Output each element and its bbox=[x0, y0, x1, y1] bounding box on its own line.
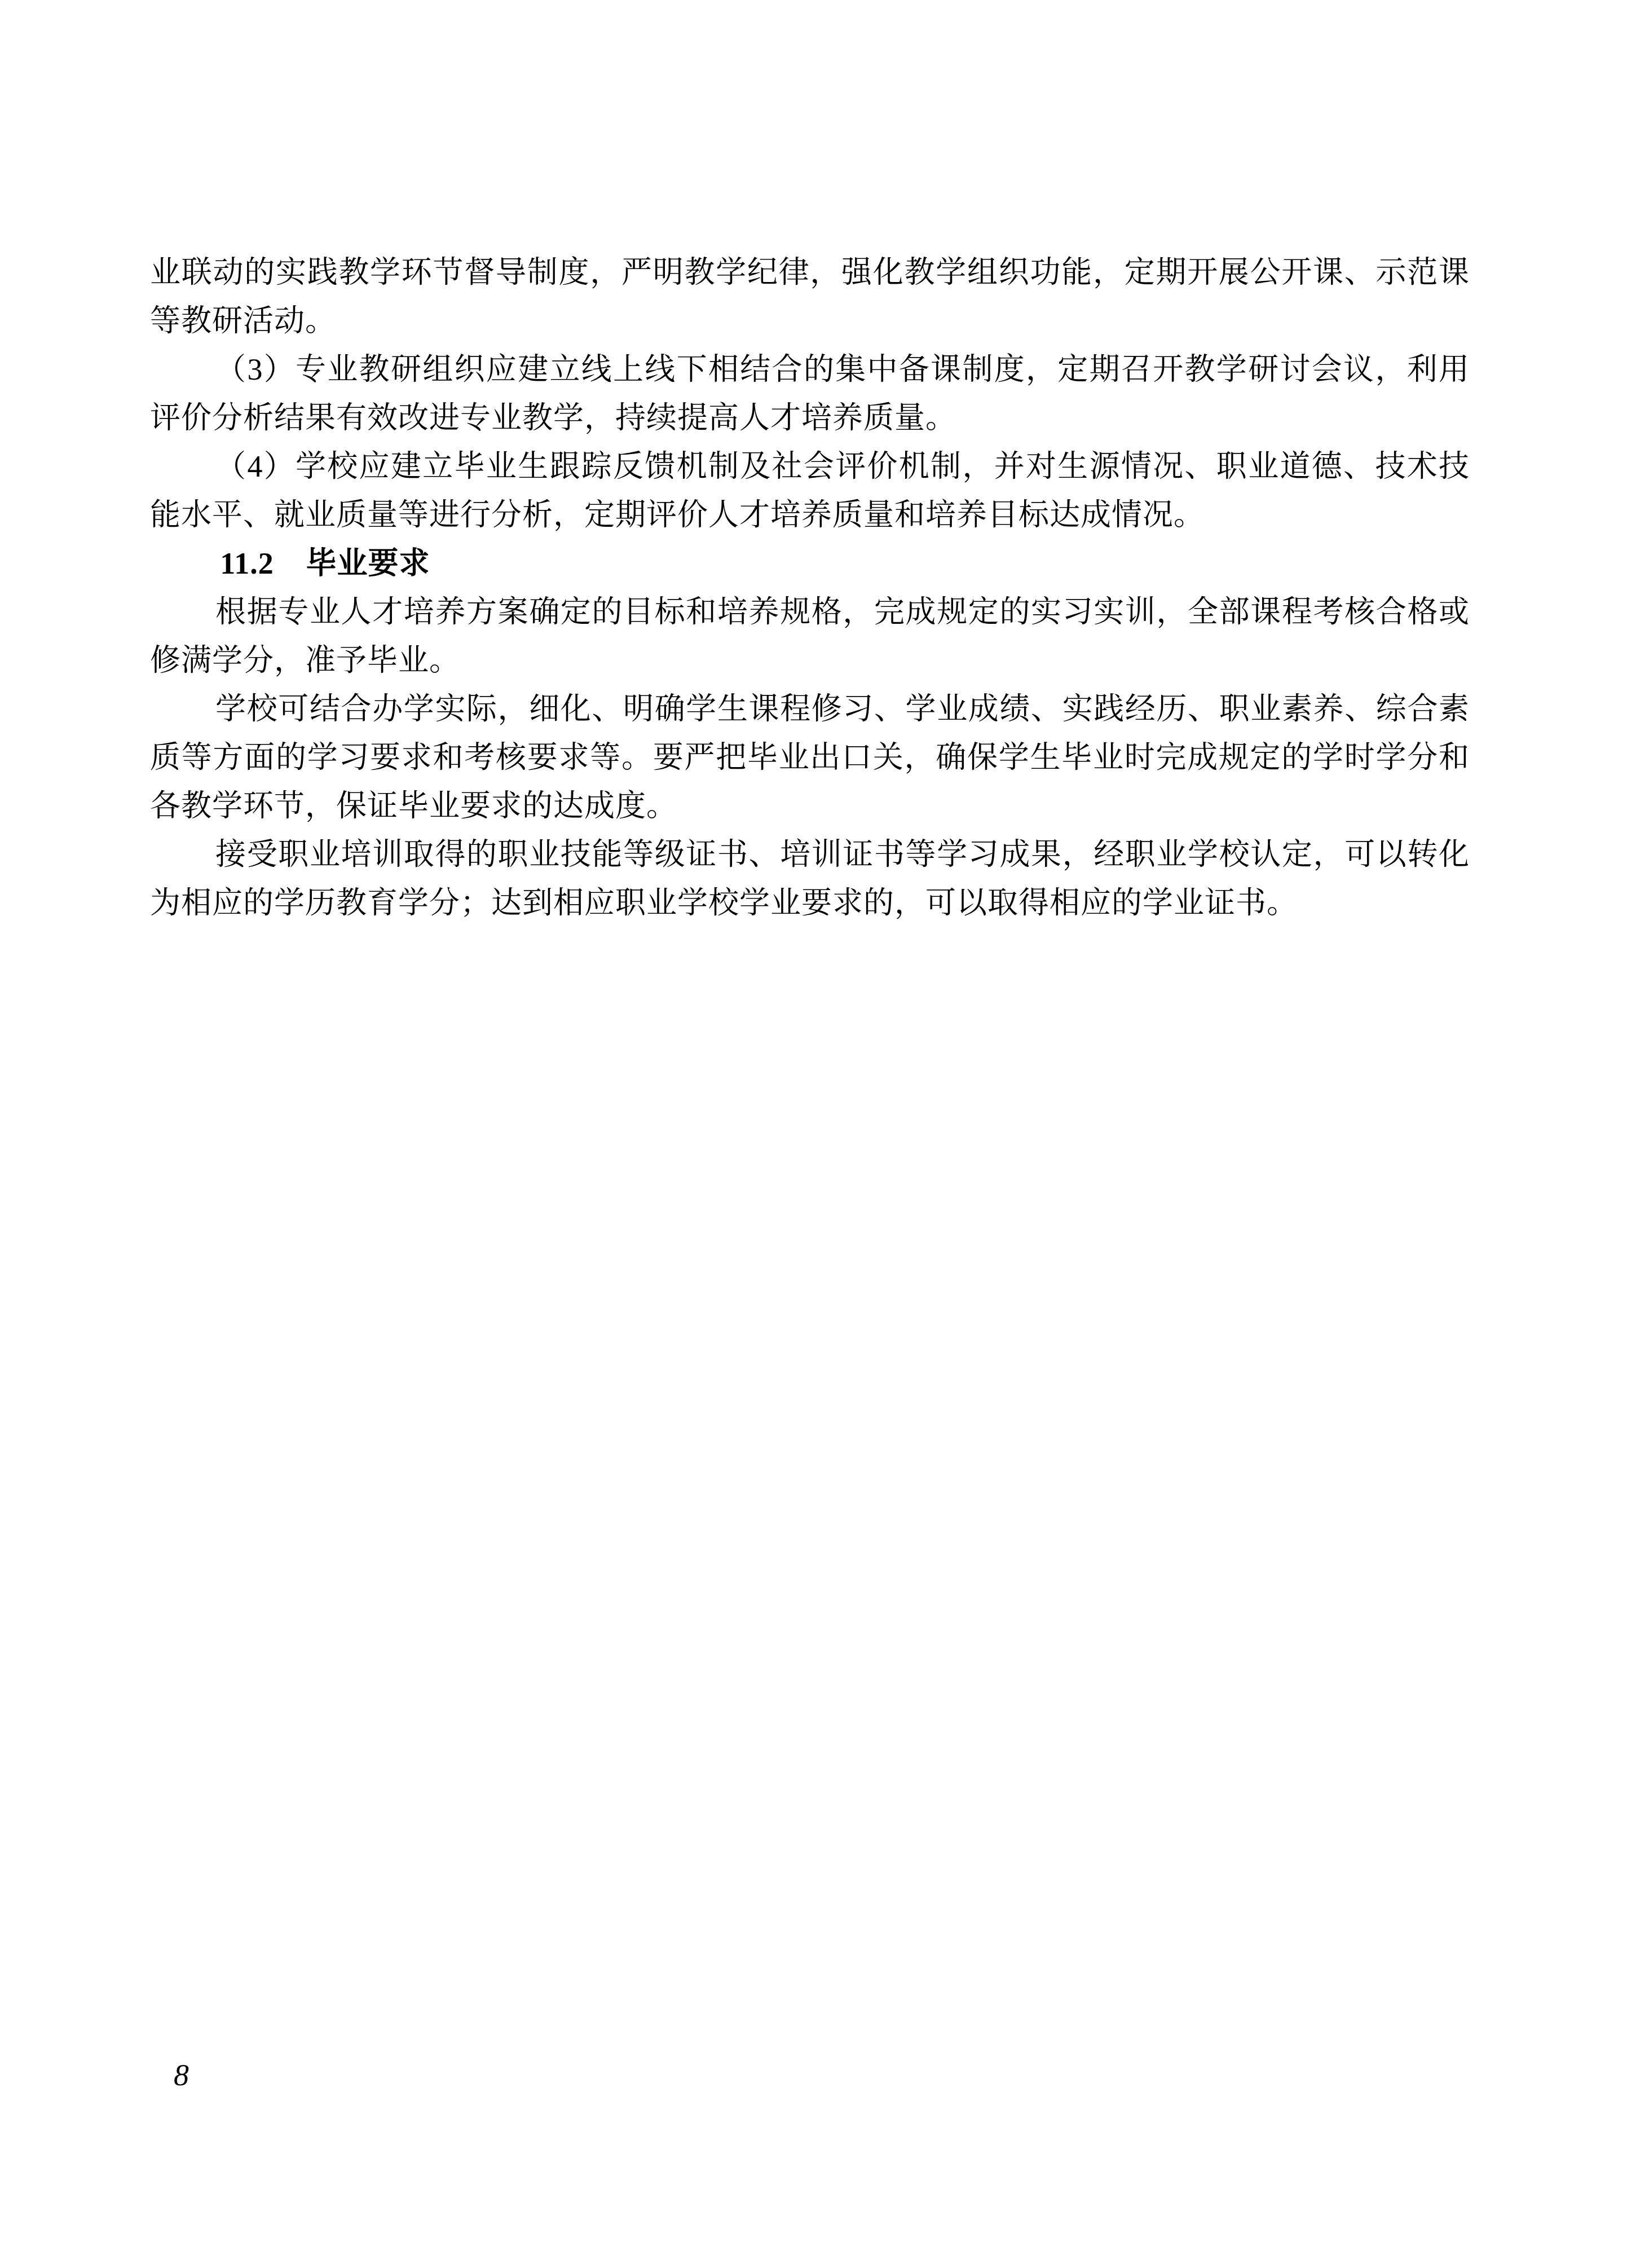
paragraph: （3）专业教研组织应建立线上线下相结合的集中备课制度，定期召开教学研讨会议，利用… bbox=[150, 345, 1470, 442]
paragraph: 学校可结合办学实际，细化、明确学生课程修习、学业成绩、实践经历、职业素养、综合素… bbox=[150, 685, 1470, 830]
paragraph: 业联动的实践教学环节督导制度，严明教学纪律，强化教学组织功能，定期开展公开课、示… bbox=[150, 248, 1470, 345]
paragraph: 根据专业人才培养方案确定的目标和培养规格，完成规定的实习实训，全部课程考核合格或… bbox=[150, 588, 1470, 685]
paragraph: （4）学校应建立毕业生跟踪反馈机制及社会评价机制，并对生源情况、职业道德、技术技… bbox=[150, 442, 1470, 539]
section-heading-number: 11.2 bbox=[220, 547, 274, 580]
section-heading: 11.2毕业要求 bbox=[150, 539, 1470, 588]
paragraph: 接受职业培训取得的职业技能等级证书、培训证书等学习成果，经职业学校认定，可以转化… bbox=[150, 830, 1470, 927]
page-number: 8 bbox=[174, 2058, 189, 2093]
text-content: 业联动的实践教学环节督导制度，严明教学纪律，强化教学组织功能，定期开展公开课、示… bbox=[150, 248, 1470, 927]
document-page: 业联动的实践教学环节督导制度，严明教学纪律，强化教学组织功能，定期开展公开课、示… bbox=[0, 0, 1627, 2268]
section-heading-title: 毕业要求 bbox=[306, 547, 430, 580]
